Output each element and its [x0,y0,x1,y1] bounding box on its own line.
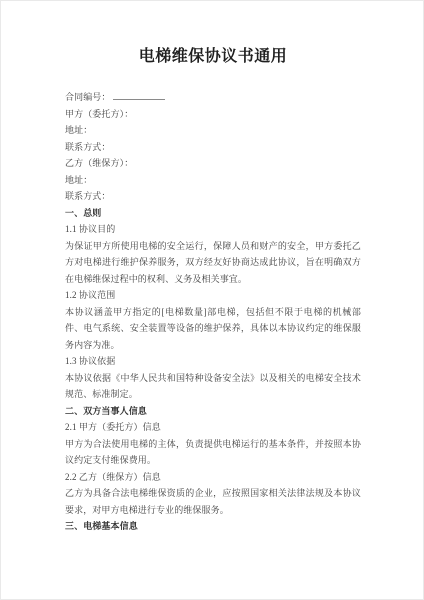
field-label: 甲方（委托方）： [65,109,133,119]
field-label: 乙方（维保方）： [65,158,133,168]
section-subheading-2-2: 2.2 乙方（维保方）信息 [65,469,361,486]
paragraph-party-a-info: 甲方为合法使用电梯的主体，负责提供电梯运行的基本条件，并按照本协议约定支付维保费… [65,436,361,469]
section-heading-3: 三、电梯基本信息 [65,518,361,535]
contract-number-line: 合同编号： [65,89,361,106]
section-subheading-1-3: 1.3 协议依据 [65,353,361,370]
field-line-party-a: 甲方（委托方）： [65,106,361,123]
field-label: 地址： [65,125,92,135]
field-line-contact-a: 联系方式： [65,139,361,156]
field-label: 地址： [65,175,92,185]
paragraph-basis: 本协议依据《中华人民共和国特种设备安全法》以及相关的电梯安全技术规范、标准制定。 [65,370,361,403]
field-label: 联系方式： [65,191,111,201]
paragraph-purpose: 为保证甲方所使用电梯的安全运行，保障人员和财产的安全，甲方委托乙方对电梯进行维护… [65,238,361,288]
field-line-party-b: 乙方（维保方）： [65,155,361,172]
paragraph-scope: 本协议涵盖甲方指定的[电梯数量]部电梯，包括但不限于电梯的机械部件、电气系统、安… [65,304,361,354]
section-heading-1: 一、总则 [65,205,361,222]
section-subheading-2-1: 2.1 甲方（委托方）信息 [65,419,361,436]
document-title: 电梯维保协议书通用 [65,46,361,68]
section-subheading-1-2: 1.2 协议范围 [65,287,361,304]
field-line-address-a: 地址： [65,122,361,139]
field-line-address-b: 地址： [65,172,361,189]
section-heading-2: 二、双方当事人信息 [65,403,361,420]
section-subheading-1-1: 1.1 协议目的 [65,221,361,238]
field-line-contact-b: 联系方式： [65,188,361,205]
contract-number-label: 合同编号： [65,92,111,102]
contract-number-blank [113,90,165,100]
paragraph-party-b-info: 乙方为具备合法电梯维保资质的企业，应按照国家相关法律法规及本协议要求，对甲方电梯… [65,485,361,518]
document-page: 电梯维保协议书通用 合同编号： 甲方（委托方）： 地址： 联系方式： 乙方（维保… [0,0,424,600]
field-label: 联系方式： [65,142,111,152]
